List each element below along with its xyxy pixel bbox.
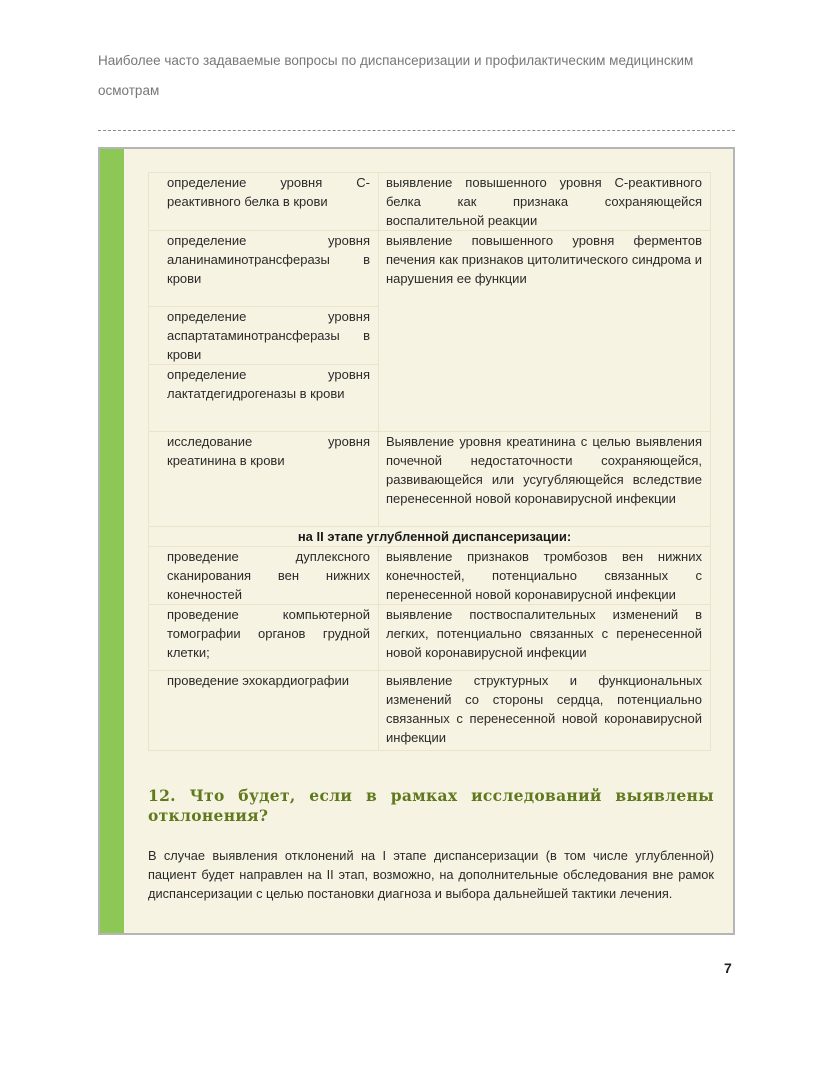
table-row: проведение компьютерной томографии орган…	[149, 605, 711, 671]
stage-heading-row: на II этапе углубленной диспансеризации:	[149, 527, 711, 547]
exam-cell: проведение эхокардиографии	[149, 671, 379, 751]
exam-cell: проведение дуплексного сканирования вен …	[149, 547, 379, 605]
accent-bar	[100, 149, 124, 933]
answer-paragraph: В случае выявления отклонений на I этапе…	[148, 846, 714, 903]
purpose-cell: Выявление уровня креатинина с целью выяв…	[379, 432, 711, 527]
purpose-cell: выявление признаков тромбозов вен нижних…	[379, 547, 711, 605]
examinations-table: определение уровня С-реактивного белка в…	[148, 172, 711, 751]
exam-cell: проведение компьютерной томографии орган…	[149, 605, 379, 671]
table-row: проведение дуплексного сканирования вен …	[149, 547, 711, 605]
exam-cell: определение уровня аспартатаминотрансфер…	[149, 307, 379, 365]
purpose-cell: выявление повышенного уровня ферментов п…	[379, 231, 711, 432]
stage-heading: на II этапе углубленной диспансеризации:	[149, 527, 711, 547]
table-row: определение уровня аланинаминотрансфераз…	[149, 231, 711, 307]
question-heading: 12. Что будет, если в рамках исследовани…	[148, 786, 714, 826]
purpose-cell: выявление структурных и функциональных и…	[379, 671, 711, 751]
header-divider	[98, 130, 735, 131]
exam-cell: исследование уровня креатинина в крови	[149, 432, 379, 527]
purpose-cell: выявление поствоспалительных изменений в…	[379, 605, 711, 671]
table-row: проведение эхокардиографии выявление стр…	[149, 671, 711, 751]
table-row: исследование уровня креатинина в крови В…	[149, 432, 711, 527]
exam-cell: определение уровня аланинаминотрансфераз…	[149, 231, 379, 307]
purpose-cell: выявление повышенного уровня С-реактивно…	[379, 173, 711, 231]
running-header: Наиболее часто задаваемые вопросы по дис…	[98, 46, 738, 106]
table-row: определение уровня С-реактивного белка в…	[149, 173, 711, 231]
exam-cell: определение уровня С-реактивного белка в…	[149, 173, 379, 231]
page-number: 7	[724, 960, 732, 976]
exam-cell: определение уровня лактатдегидрогеназы в…	[149, 365, 379, 432]
content-box: определение уровня С-реактивного белка в…	[98, 147, 735, 935]
